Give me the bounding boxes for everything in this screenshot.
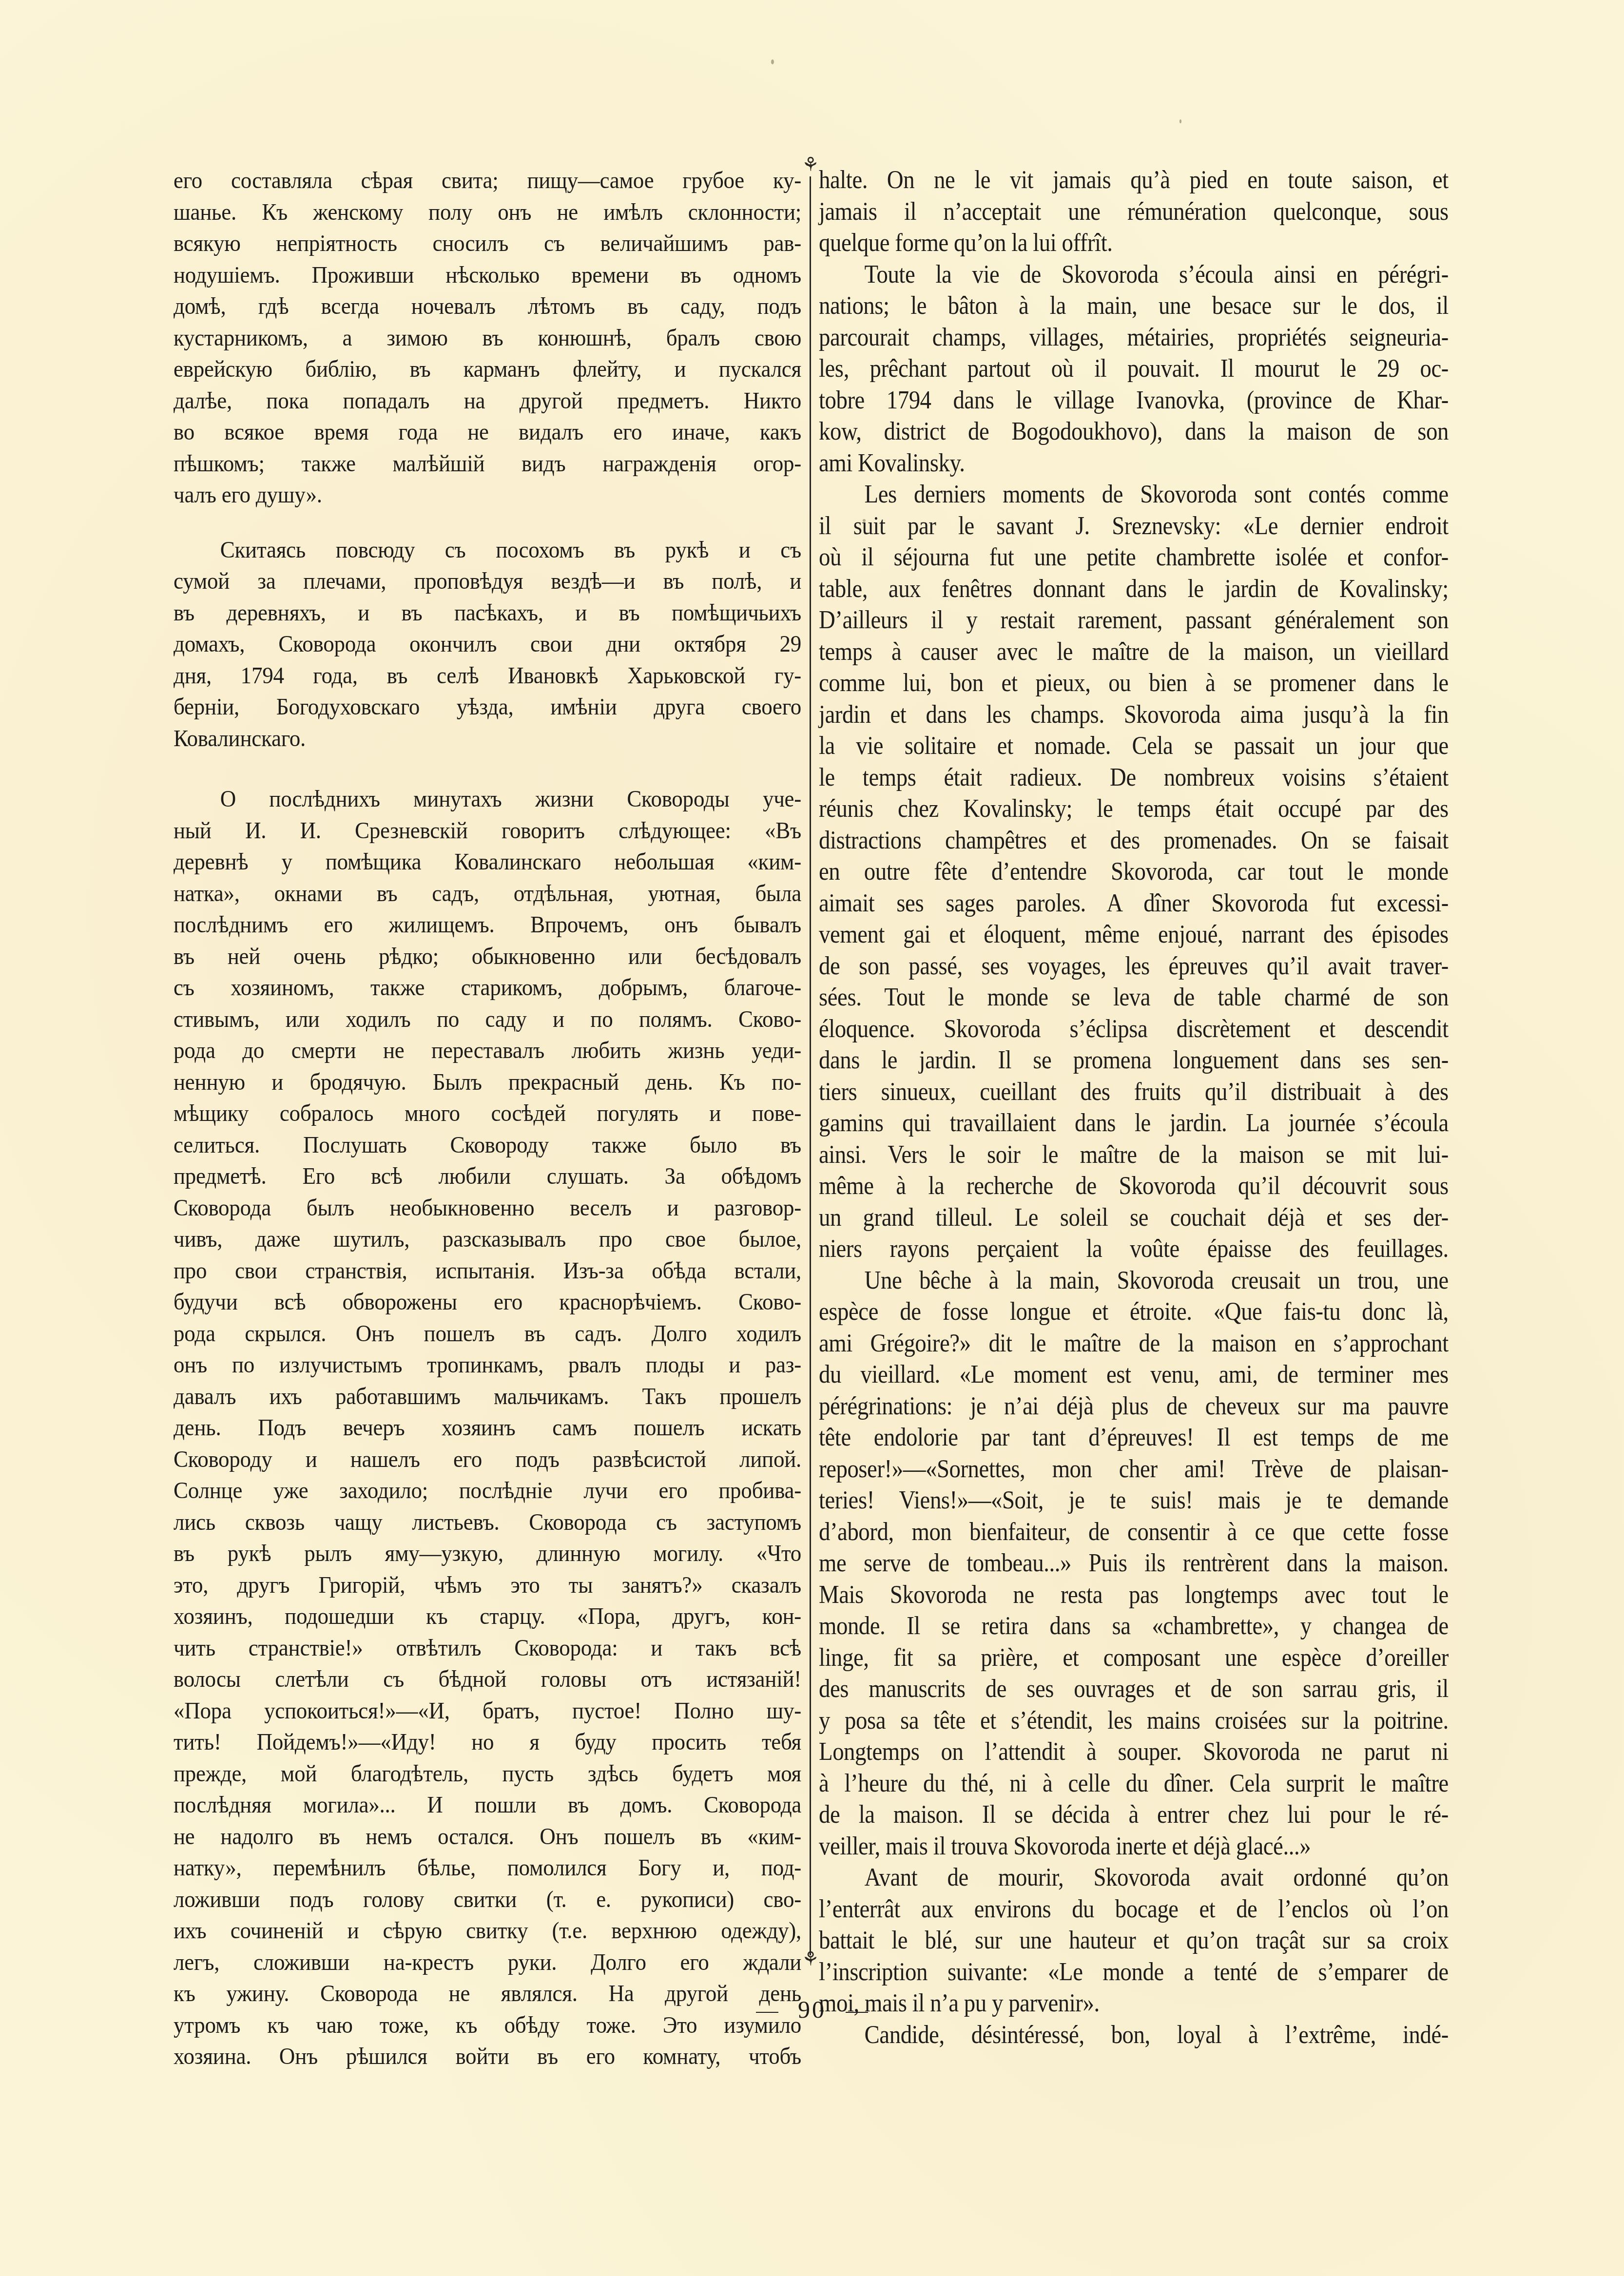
text-line: ainsi. Vers le soir le maître de la mais… — [819, 1139, 1449, 1171]
text-line: шанье. Къ женскому полу онъ не имѣлъ скл… — [174, 196, 801, 228]
paper-speck — [1179, 119, 1181, 123]
text-line: nations; le bâton à la main, une besace … — [819, 290, 1449, 322]
text-line: Mais Skovoroda ne resta pas longtemps av… — [819, 1580, 1449, 1611]
text-line: sées. Tout le monde se leva de table cha… — [819, 982, 1449, 1014]
text-line: домахъ, Сковорода окончилъ свои дни октя… — [174, 628, 801, 660]
text-line: vement gai et éloquent, même enjoué, nar… — [819, 919, 1449, 951]
text-line: стивымъ, или ходилъ по саду и по полямъ.… — [174, 1003, 801, 1035]
text-line: всякую непріятность сносилъ съ величайши… — [174, 228, 801, 259]
text-line: gamins qui travaillaient dans le jardin.… — [819, 1108, 1449, 1139]
text-line: лись сквозь чащу листьевъ. Сковорода съ … — [174, 1506, 801, 1538]
text-line: хозяина. Онъ рѣшился войти въ его комнат… — [174, 2041, 801, 2072]
text-line: reposer!»—«Sornettes, mon cher ami! Trèv… — [819, 1454, 1449, 1485]
text-line: про свои странствія, испытанія. Изъ-за о… — [174, 1255, 801, 1287]
text-line: halte. On ne le vit jamais qu’à pied en … — [819, 165, 1449, 196]
text-line: нодушіемъ. Проживши нѣсколько времени въ… — [174, 259, 801, 291]
paragraph: его составляла сѣрая свита; пищу—самое г… — [174, 165, 801, 511]
text-line: ami Kovalinsky. — [819, 448, 1449, 480]
text-line: кустарникомъ, а зимою въ конюшнѣ, бралъ … — [174, 322, 801, 354]
paragraph: О послѣднихъ минутахъ жизни Сковороды уч… — [174, 783, 801, 2072]
text-line: Сковорода былъ необыкновенно веселъ и ра… — [174, 1192, 801, 1224]
text-line: ный И. И. Срезневскій говоритъ слѣдующее… — [174, 815, 801, 847]
text-line: ami Grégoire?» dit le maître de la maiso… — [819, 1328, 1449, 1360]
text-line: de la maison. Il se décida à entrer chez… — [819, 1799, 1449, 1831]
text-line: тить! Пойдемъ!»—«Иду! но я буду просить … — [174, 1726, 801, 1758]
text-line: niers rayons perçaient la voûte épaisse … — [819, 1234, 1449, 1265]
text-line: Candide, désintéressé, bon, loyal à l’ex… — [819, 2020, 1449, 2051]
text-line: это, другъ Григорій, чѣмъ это ты занятъ?… — [174, 1569, 801, 1601]
text-line: table, aux fenêtres donnant dans le jard… — [819, 574, 1449, 605]
text-line: dans le jardin. Il se promena longuement… — [819, 1045, 1449, 1077]
text-line: хозяинъ, подошедши къ старцу. «Пора, дру… — [174, 1601, 801, 1632]
text-line: du vieillard. «Le moment est venu, ami, … — [819, 1359, 1449, 1391]
text-line: linge, fit sa prière, et composant une e… — [819, 1642, 1449, 1674]
text-line: будучи всѣ обворожены его краснорѣчіемъ.… — [174, 1286, 801, 1318]
text-line: рода скрылся. Онъ пошелъ въ садъ. Долго … — [174, 1318, 801, 1350]
text-line: предметѣ. Его всѣ любили слушать. За обѣ… — [174, 1160, 801, 1192]
text-line: veiller, mais il trouva Skovoroda inerte… — [819, 1831, 1449, 1863]
text-line: послѣдняя могила»... И пошли въ домъ. Ск… — [174, 1789, 801, 1821]
dash-decoration — [756, 2012, 778, 2013]
text-line: y posa sa tête et s’étendit, les mains c… — [819, 1705, 1449, 1737]
text-line: въ рукѣ рылъ яму—узкую, длинную могилу. … — [174, 1538, 801, 1569]
text-line: Ковалинскаго. — [174, 723, 801, 754]
text-line: чалъ его душу». — [174, 479, 801, 511]
text-line: Longtemps on l’attendit à souper. Skovor… — [819, 1736, 1449, 1768]
text-line: battait le blé, sur une hauteur et qu’on… — [819, 1925, 1449, 1957]
text-line: de son passé, ses voyages, les épreuves … — [819, 951, 1449, 983]
text-line: D’ailleurs il y restait rarement, passan… — [819, 605, 1449, 637]
french-text-column: halte. On ne le vit jamais qu’à pied en … — [819, 165, 1449, 2051]
text-line: Солнце уже заходило; послѣдніе лучи его … — [174, 1475, 801, 1506]
text-line: jamais il n’acceptait une rémunération q… — [819, 196, 1449, 228]
text-line: Скитаясь повсюду съ посохомъ въ рукѣ и с… — [174, 534, 801, 566]
text-line: домѣ, гдѣ всегда ночевалъ лѣтомъ въ саду… — [174, 290, 801, 322]
text-line: le temps était radieux. De nombreux vois… — [819, 762, 1449, 794]
text-line: d’abord, mon bienfaiteur, de consentir à… — [819, 1517, 1449, 1548]
text-line: la vie solitaire et nomade. Cela se pass… — [819, 731, 1449, 762]
text-line: Une bêche à la main, Skovoroda creusait … — [819, 1265, 1449, 1297]
text-line: ненную и бродячую. Былъ прекрасный день.… — [174, 1066, 801, 1098]
text-line: во всякое время года не видалъ его иначе… — [174, 416, 801, 448]
russian-text-column: его составляла сѣрая свита; пищу—самое г… — [174, 165, 801, 2072]
paragraph: Toute la vie de Skovoroda s’écoula ainsi… — [819, 259, 1449, 480]
floral-ornament-icon: ⚘ — [801, 155, 820, 174]
text-line: давалъ ихъ работавшимъ мальчикамъ. Такъ … — [174, 1381, 801, 1412]
text-line: aimait ses sages paroles. A dîner Skovor… — [819, 888, 1449, 920]
text-line: съ хозяиномъ, также старикомъ, добрымъ, … — [174, 972, 801, 1003]
text-line: les, prêchant partout où il pouvait. Il … — [819, 353, 1449, 385]
text-line: дня, 1794 года, въ селѣ Ивановкѣ Харьков… — [174, 660, 801, 692]
page-number: 90 — [0, 1995, 1624, 2024]
text-line: jardin et dans les champs. Skovoroda aim… — [819, 699, 1449, 731]
text-line: pérégrinations: je n’ai déjà plus de che… — [819, 1391, 1449, 1423]
text-line: un grand tilleul. Le soleil se couchait … — [819, 1202, 1449, 1234]
text-line: чить странствіе!» отвѣтилъ Сковорода: и … — [174, 1632, 801, 1664]
text-line: чивъ, даже шутилъ, разсказывалъ про свое… — [174, 1223, 801, 1255]
text-line: О послѣднихъ минутахъ жизни Сковороды уч… — [174, 783, 801, 815]
text-line: l’inscription suivante: «Le monde a tent… — [819, 1957, 1449, 1988]
text-line: его составляла сѣрая свита; пищу—самое г… — [174, 165, 801, 196]
text-line: tiers sinueux, cueillant des fruits qu’i… — [819, 1077, 1449, 1108]
page-number-value: 90 — [798, 1996, 826, 2023]
text-line: Avant de mourir, Skovoroda avait ordonné… — [819, 1862, 1449, 1894]
text-line: éloquence. Skovoroda s’éclipsa discrètem… — [819, 1014, 1449, 1045]
text-line: еврейскую библію, въ карманъ флейту, и п… — [174, 353, 801, 385]
text-line: легъ, сложивши на-крестъ руки. Долго его… — [174, 1947, 801, 1978]
text-line: далѣе, пока попадалъ на другой предметъ.… — [174, 385, 801, 417]
text-line: l’enterrât aux environs du bocage et de … — [819, 1894, 1449, 1926]
text-line: où il séjourna fut une petite chambrette… — [819, 542, 1449, 574]
text-line: ихъ сочиненій и сѣрую свитку (т.е. верхн… — [174, 1915, 801, 1947]
floral-ornament-icon: ⚘ — [801, 1949, 820, 1969]
text-line: tête endolorie par tant d’épreuves! Il e… — [819, 1422, 1449, 1454]
paragraph-gap — [174, 511, 801, 534]
text-line: ложивши подъ голову свитки (т. е. рукопи… — [174, 1884, 801, 1915]
paper-speck — [771, 59, 774, 64]
text-line: parcourait champs, villages, métairies, … — [819, 322, 1449, 354]
paragraph: Candide, désintéressé, bon, loyal à l’ex… — [819, 2020, 1449, 2051]
text-line: берніи, Богодуховскаго уѣзда, имѣніи дру… — [174, 691, 801, 723]
text-line: monde. Il se retira dans sa «chambrette»… — [819, 1611, 1449, 1642]
text-line: прежде, мой благодѣтель, пусть здѣсь буд… — [174, 1758, 801, 1790]
text-line: à l’heure du thé, ni à celle du dîner. C… — [819, 1768, 1449, 1800]
text-line: il suit par le savant J. Sreznevsky: «Le… — [819, 511, 1449, 542]
text-line: des manuscrits de ses ouvrages et de son… — [819, 1674, 1449, 1705]
text-line: натка», окнами въ садъ, отдѣльная, уютна… — [174, 878, 801, 909]
paragraph: Une bêche à la main, Skovoroda creusait … — [819, 1265, 1449, 1863]
text-line: me serve de tombeau...» Puis ils rentrèr… — [819, 1548, 1449, 1580]
text-line: quelque forme qu’on la lui offrît. — [819, 228, 1449, 259]
text-line: сумой за плечами, проповѣдуя вездѣ—и въ … — [174, 565, 801, 597]
text-line: Les derniers moments de Skovoroda sont c… — [819, 479, 1449, 511]
text-line: temps à causer avec le maître de la mais… — [819, 637, 1449, 668]
text-line: селиться. Послушать Сковороду также было… — [174, 1129, 801, 1161]
text-line: même à la recherche de Skovoroda qu’il d… — [819, 1171, 1449, 1202]
paragraph: Les derniers moments de Skovoroda sont c… — [819, 479, 1449, 1265]
text-line: волосы слетѣли съ бѣдной головы отъ истя… — [174, 1663, 801, 1695]
text-line: онъ по излучистымъ тропинкамъ, рвалъ пло… — [174, 1349, 801, 1381]
text-line: деревнѣ у помѣщика Ковалинскаго небольша… — [174, 846, 801, 878]
text-line: Сковороду и нашелъ его подъ развѣсистой … — [174, 1444, 801, 1475]
text-line: distractions champêtres et des promenade… — [819, 825, 1449, 857]
text-line: не надолго въ немъ остался. Онъ пошелъ в… — [174, 1821, 801, 1852]
text-line: teries! Viens!»—«Soit, je te suis! mais … — [819, 1485, 1449, 1517]
text-line: въ деревняхъ, и въ пасѣкахъ, и въ помѣщи… — [174, 597, 801, 629]
text-line: рода до смерти не переставалъ любить жиз… — [174, 1035, 801, 1066]
text-line: espèce de fosse longue et étroite. «Que … — [819, 1296, 1449, 1328]
paragraph: halte. On ne le vit jamais qu’à pied en … — [819, 165, 1449, 259]
text-line: tobre 1794 dans le village Ivanovka, (pr… — [819, 385, 1449, 417]
text-line: въ ней очень рѣдко; обыкновенно или бесѣ… — [174, 941, 801, 972]
text-line: réunis chez Kovalinsky; le temps était o… — [819, 793, 1449, 825]
document-page: его составляла сѣрая свита; пищу—самое г… — [0, 0, 1624, 2276]
text-line: пѣшкомъ; также малѣйшій видъ награжденія… — [174, 448, 801, 480]
dash-decoration — [846, 2012, 868, 2013]
text-line: день. Подъ вечеръ хозяинъ самъ пошелъ ис… — [174, 1412, 801, 1444]
text-line: Toute la vie de Skovoroda s’écoula ainsi… — [819, 259, 1449, 291]
paragraph-gap — [174, 754, 801, 783]
paper-speck — [863, 519, 866, 522]
text-line: натку», перемѣнилъ бѣлье, помолился Богу… — [174, 1852, 801, 1884]
paragraph: Скитаясь повсюду съ посохомъ въ рукѣ и с… — [174, 534, 801, 754]
text-line: en outre fête d’entendre Skovoroda, car … — [819, 856, 1449, 888]
text-line: послѣднимъ его жилищемъ. Впрочемъ, онъ б… — [174, 909, 801, 941]
text-line: «Пора успокоиться!»—«И, братъ, пустое! П… — [174, 1695, 801, 1727]
text-line: kow, district de Bogodoukhovo), dans la … — [819, 416, 1449, 448]
text-line: comme lui, bon et pieux, ou bien à se pr… — [819, 668, 1449, 699]
text-line: мѣщику собралось много сосѣдей погулять … — [174, 1098, 801, 1129]
column-divider — [810, 176, 811, 1955]
